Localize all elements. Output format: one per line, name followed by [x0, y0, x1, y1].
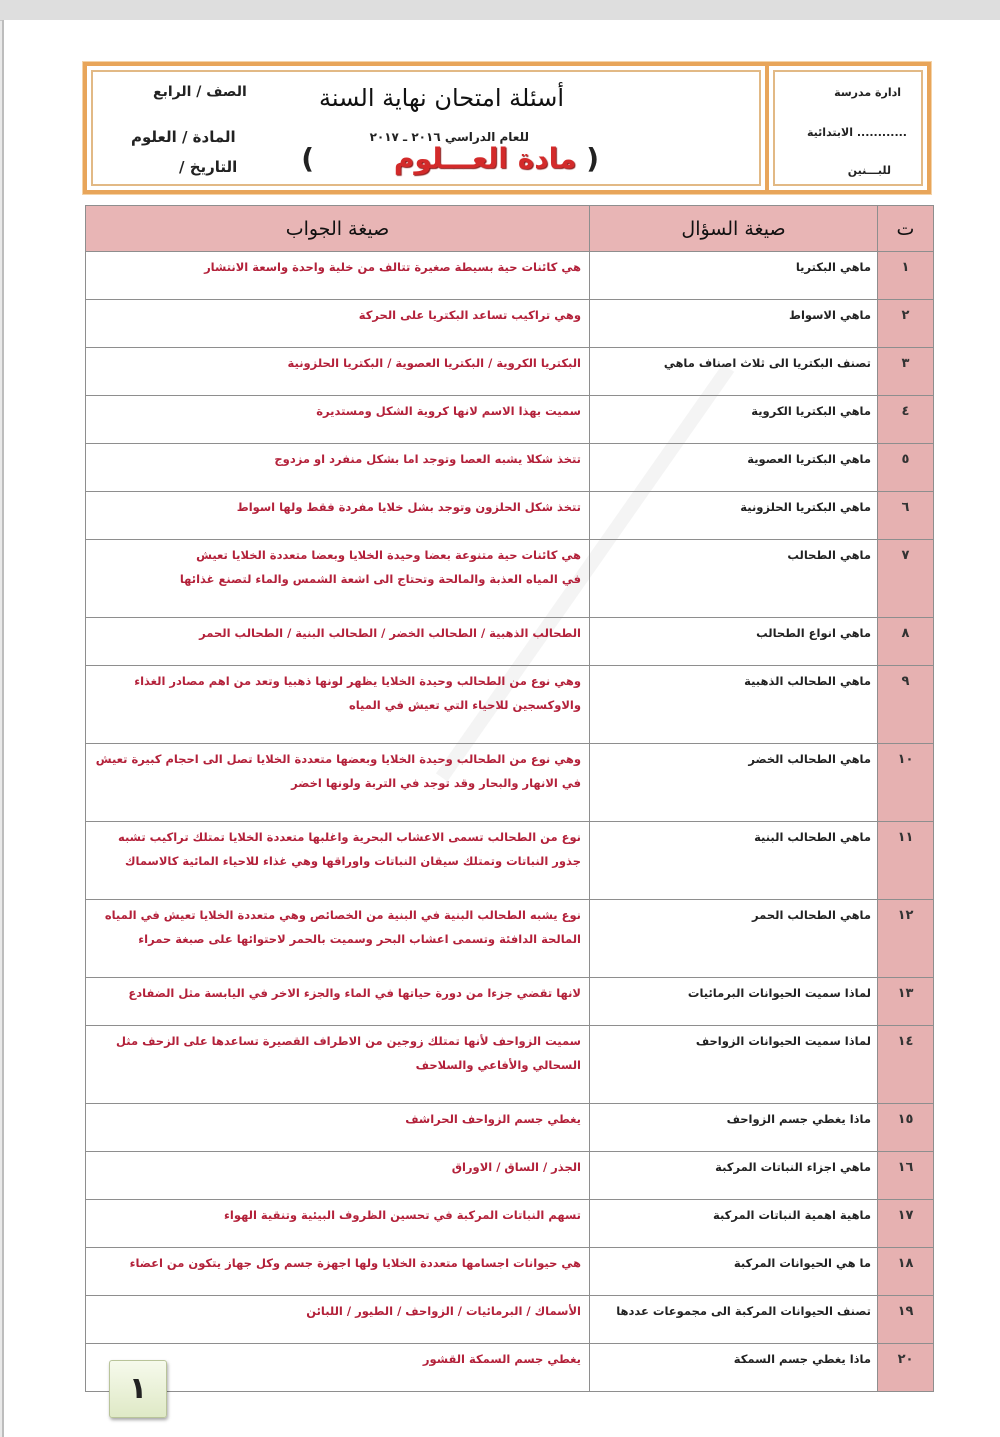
table-row: ١٢ماهي الطحالب الحمرنوع يشبه الطحالب الب… — [86, 900, 934, 978]
question-cell: ماهي اجزاء النباتات المركبة — [590, 1152, 878, 1200]
exam-title: أسئلة امتحان نهاية السنة — [319, 84, 564, 112]
answer-cell: الأسماك / البرمائيات / الزواحف / الطيور … — [86, 1296, 590, 1344]
table-row: ٣تصنف البكتريا الى ثلاث اصناف ماهيالبكتر… — [86, 348, 934, 396]
school-line-3: للبـــنين — [848, 164, 891, 177]
answer-line: تسهم النباتات المركبة في تحسين الظروف ال… — [94, 1208, 581, 1246]
row-number: ١٩ — [878, 1296, 934, 1344]
table-row: ٧ماهي الطحالبهي كائنات حية متنوعة بعضا و… — [86, 540, 934, 618]
table-row: ٦ماهي البكتريا الحلزونيةتتخذ شكل الحلزون… — [86, 492, 934, 540]
answer-line: هي كائنات حية متنوعة بعضا وحيدة الخلايا … — [94, 548, 581, 572]
subject-title-text: مادة العـــلوم — [394, 142, 577, 175]
table-row: ٥ماهي البكتريا العصويةتتخذ شكلا يشبه الع… — [86, 444, 934, 492]
answer-line: سميت الزواحف لأنها تمتلك زوجين من الاطرا… — [94, 1034, 581, 1058]
question-cell: ماذا يغطي جسم الزواحف — [590, 1104, 878, 1152]
row-number: ٢ — [878, 300, 934, 348]
table-row: ١٧ماهية اهمية النباتات المركبةتسهم النبا… — [86, 1200, 934, 1248]
paren-close: ) — [301, 142, 314, 175]
school-line-1: ادارة مدرسة — [834, 86, 901, 99]
row-number: ١١ — [878, 822, 934, 900]
answer-cell: هي كائنات حية متنوعة بعضا وحيدة الخلايا … — [86, 540, 590, 618]
row-number: ١٨ — [878, 1248, 934, 1296]
row-number: ١٣ — [878, 978, 934, 1026]
row-number: ١٤ — [878, 1026, 934, 1104]
answer-line: الطحالب الذهبية / الطحالب الخضر / الطحال… — [94, 626, 581, 664]
answer-line: يغطي جسم الزواحف الحراشف — [94, 1112, 581, 1150]
question-cell: ماذا يغطي جسم السمكة — [590, 1344, 878, 1392]
answer-cell: سميت الزواحف لأنها تمتلك زوجين من الاطرا… — [86, 1026, 590, 1104]
answer-cell: البكتريا الكروية / البكتريا العصوية / ال… — [86, 348, 590, 396]
answer-cell: نوع يشبه الطحالب البنية في البنية من الخ… — [86, 900, 590, 978]
question-cell: ماهي الطحالب — [590, 540, 878, 618]
question-cell: ماهي البكتريا الكروية — [590, 396, 878, 444]
answer-line: المالحة الدافئة وتسمى اعشاب البحر وسميت … — [94, 932, 581, 970]
table-row: ١٥ماذا يغطي جسم الزواحفيغطي جسم الزواحف … — [86, 1104, 934, 1152]
answer-cell: نوع من الطحالب تسمى الاعشاب البحرية واغل… — [86, 822, 590, 900]
answer-cell: تسهم النباتات المركبة في تحسين الظروف ال… — [86, 1200, 590, 1248]
table-row: ١٩تصنف الحيوانات المركبة الى مجموعات عدد… — [86, 1296, 934, 1344]
question-cell: ماهية اهمية النباتات المركبة — [590, 1200, 878, 1248]
header-main-box: أسئلة امتحان نهاية السنة للعام الدراسي ٢… — [91, 70, 761, 186]
question-cell: ماهي البكتريا — [590, 252, 878, 300]
header-answer: صيغة الجواب — [86, 206, 590, 252]
answer-line: نوع من الطحالب تسمى الاعشاب البحرية واغل… — [94, 830, 581, 854]
page-number-badge: ١ — [109, 1360, 167, 1418]
answer-line: السحالي والأفاعي والسلاحف — [94, 1058, 581, 1096]
question-cell: ماهي الطحالب الذهبية — [590, 666, 878, 744]
row-number: ٦ — [878, 492, 934, 540]
qa-table: ت صيغة السؤال صيغة الجواب ١ماهي البكتريا… — [85, 205, 934, 1392]
row-number: ٧ — [878, 540, 934, 618]
paren-open: ( — [586, 142, 599, 175]
question-cell: لماذا سميت الحيوانات الزواحف — [590, 1026, 878, 1104]
answer-cell: سميت بهذا الاسم لانها كروية الشكل ومستدي… — [86, 396, 590, 444]
answer-line: الجذر / الساق / الاوراق — [94, 1160, 581, 1198]
question-cell: ماهي البكتريا العصوية — [590, 444, 878, 492]
header-divider — [765, 66, 769, 190]
answer-line: في الانهار والبحار وقد توجد في التربة ول… — [94, 776, 581, 814]
table-row: ٢٠ماذا يغطي جسم السمكةيغطي جسم السمكة ال… — [86, 1344, 934, 1392]
answer-cell: وهي تراكيب تساعد البكتريا على الحركة — [86, 300, 590, 348]
table-row: ٨ماهي انواع الطحالبالطحالب الذهبية / الط… — [86, 618, 934, 666]
question-cell: تصنف البكتريا الى ثلاث اصناف ماهي — [590, 348, 878, 396]
answer-cell: يغطي جسم الزواحف الحراشف — [86, 1104, 590, 1152]
answer-line: البكتريا الكروية / البكتريا العصوية / ال… — [94, 356, 581, 394]
answer-line: وهي تراكيب تساعد البكتريا على الحركة — [94, 308, 581, 346]
answer-line: سميت بهذا الاسم لانها كروية الشكل ومستدي… — [94, 404, 581, 442]
answer-cell: وهي نوع من الطحالب وحيدة الخلايا وبعضها … — [86, 744, 590, 822]
qa-body: ١ماهي البكترياهي كائنات حية بسيطة صغيرة … — [86, 252, 934, 1392]
answer-cell: الطحالب الذهبية / الطحالب الخضر / الطحال… — [86, 618, 590, 666]
answer-line: وهي نوع من الطحالب وحيدة الخلايا وبعضها … — [94, 752, 581, 776]
question-cell: ماهي انواع الطحالب — [590, 618, 878, 666]
question-cell: ما هي الحيوانات المركبة — [590, 1248, 878, 1296]
answer-line: جذور النباتات وتمتلك سيقان النباتات واور… — [94, 854, 581, 892]
answer-line: لانها تقضي جزءا من دورة حياتها في الماء … — [94, 986, 581, 1024]
answer-cell: تتخذ شكلا يشبه العصا وتوجد اما بشكل منفر… — [86, 444, 590, 492]
answer-line: هي كائنات حية بسيطة صغيرة تتالف من خلية … — [94, 260, 581, 298]
answer-line: وهي نوع من الطحالب وحيدة الخلايا يظهر لو… — [94, 674, 581, 698]
date-label: التاريخ / — [179, 158, 237, 176]
answer-cell: وهي نوع من الطحالب وحيدة الخلايا يظهر لو… — [86, 666, 590, 744]
question-cell: تصنف الحيوانات المركبة الى مجموعات عددها — [590, 1296, 878, 1344]
question-cell: ماهي الاسواط — [590, 300, 878, 348]
answer-cell: لانها تقضي جزءا من دورة حياتها في الماء … — [86, 978, 590, 1026]
answer-line: هي حيوانات اجسامها متعددة الخلايا ولها ا… — [94, 1256, 581, 1294]
table-row: ١ماهي البكترياهي كائنات حية بسيطة صغيرة … — [86, 252, 934, 300]
grade-label: الصف / الرابع — [153, 84, 247, 100]
answer-cell: هي كائنات حية بسيطة صغيرة تتالف من خلية … — [86, 252, 590, 300]
table-row: ٢ماهي الاسواطوهي تراكيب تساعد البكتريا ع… — [86, 300, 934, 348]
answer-cell: تتخذ شكل الحلزون وتوجد بشل خلايا مفردة ف… — [86, 492, 590, 540]
table-row: ١٦ماهي اجزاء النباتات المركبةالجذر / الس… — [86, 1152, 934, 1200]
question-cell: ماهي الطحالب الخضر — [590, 744, 878, 822]
question-cell: ماهي الطحالب الحمر — [590, 900, 878, 978]
answer-line: والاوكسجين للاحياء التي تعيش في المياه — [94, 698, 581, 736]
answer-cell: هي حيوانات اجسامها متعددة الخلايا ولها ا… — [86, 1248, 590, 1296]
answer-line: الأسماك / البرمائيات / الزواحف / الطيور … — [94, 1304, 581, 1342]
row-number: ٣ — [878, 348, 934, 396]
question-cell: ماهي الطحالب البنية — [590, 822, 878, 900]
table-row: ١١ماهي الطحالب البنيةنوع من الطحالب تسمى… — [86, 822, 934, 900]
table-row: ٩ماهي الطحالب الذهبيةوهي نوع من الطحالب … — [86, 666, 934, 744]
table-row: ١٠ماهي الطحالب الخضروهي نوع من الطحالب و… — [86, 744, 934, 822]
answer-line: تتخذ شكلا يشبه العصا وتوجد اما بشكل منفر… — [94, 452, 581, 490]
school-line-2: ............ الابتدائية — [807, 126, 907, 139]
row-number: ٩ — [878, 666, 934, 744]
question-cell: ماهي البكتريا الحلزونية — [590, 492, 878, 540]
answer-line: في المياه العذبة والمالحة وتحتاج الى اشع… — [94, 572, 581, 610]
table-row: ١٨ما هي الحيوانات المركبةهي حيوانات اجسا… — [86, 1248, 934, 1296]
row-number: ١٢ — [878, 900, 934, 978]
table-row: ٤ماهي البكتريا الكرويةسميت بهذا الاسم لا… — [86, 396, 934, 444]
header-question: صيغة السؤال — [590, 206, 878, 252]
row-number: ٨ — [878, 618, 934, 666]
header-num: ت — [878, 206, 934, 252]
subject-label: المادة / العلوم — [131, 128, 236, 146]
row-number: ١ — [878, 252, 934, 300]
question-cell: لماذا سميت الحيوانات البرمائيات — [590, 978, 878, 1026]
answer-line: نوع يشبه الطحالب البنية في البنية من الخ… — [94, 908, 581, 932]
row-number: ٥ — [878, 444, 934, 492]
answer-line: يغطي جسم السمكة القشور — [94, 1352, 581, 1390]
table-row: ١٤لماذا سميت الحيوانات الزواحفسميت الزوا… — [86, 1026, 934, 1104]
answer-cell: الجذر / الساق / الاوراق — [86, 1152, 590, 1200]
row-number: ١٠ — [878, 744, 934, 822]
subject-title: ( مادة العـــلوم ) — [301, 142, 599, 175]
answer-line: تتخذ شكل الحلزون وتوجد بشل خلايا مفردة ف… — [94, 500, 581, 538]
row-number: ١٧ — [878, 1200, 934, 1248]
table-row: ١٣لماذا سميت الحيوانات البرمائياتلانها ت… — [86, 978, 934, 1026]
exam-header: أسئلة امتحان نهاية السنة للعام الدراسي ٢… — [83, 62, 931, 194]
row-number: ٤ — [878, 396, 934, 444]
row-number: ١٦ — [878, 1152, 934, 1200]
top-bar — [0, 0, 1000, 21]
row-number: ٢٠ — [878, 1344, 934, 1392]
school-box: ادارة مدرسة ............ الابتدائية للبـ… — [773, 70, 923, 186]
row-number: ١٥ — [878, 1104, 934, 1152]
